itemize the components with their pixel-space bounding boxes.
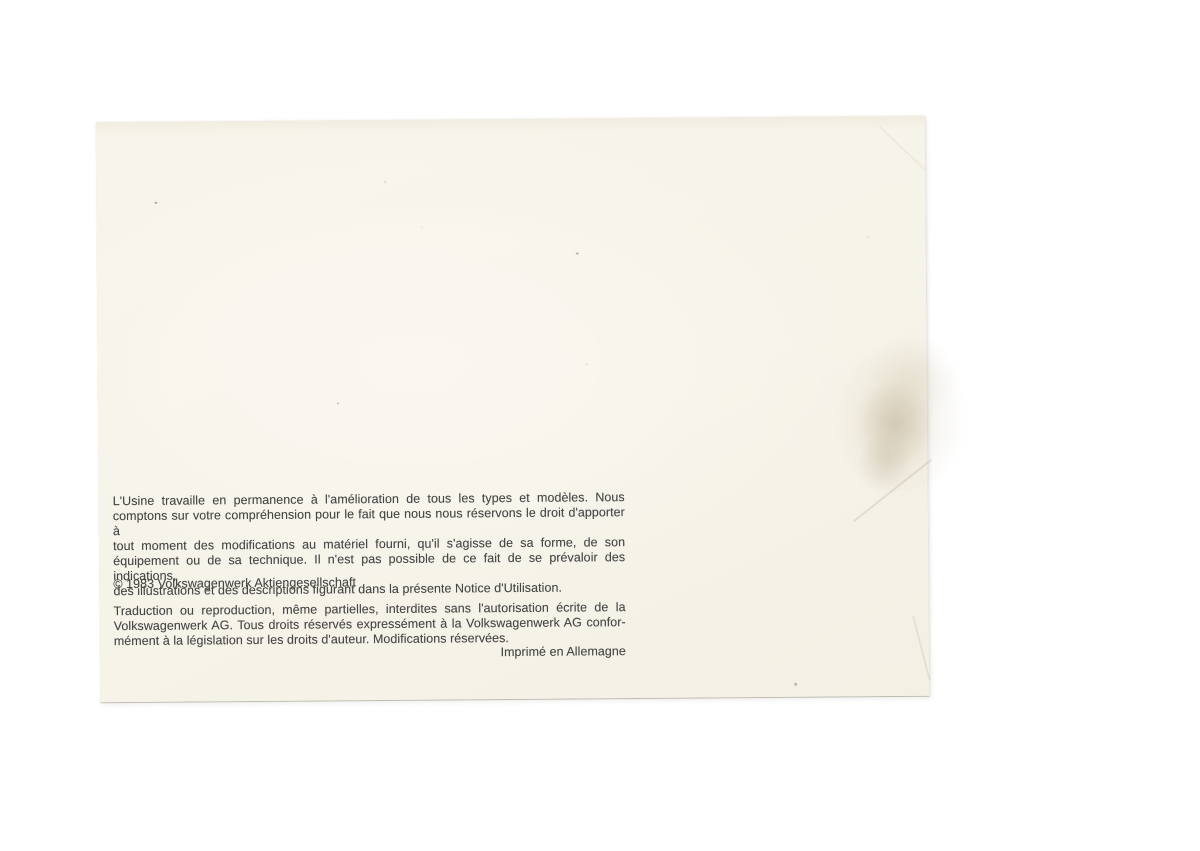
scanner-background: L'Usine travaille en permanence à l'amél… [0,0,1200,851]
rights-paragraph: Traduction ou reproduction, même partiel… [114,600,626,649]
paper-speck [337,402,339,404]
paper-crease [879,126,925,169]
paper-speck [576,252,579,254]
paper-speck [154,202,157,204]
paper-speck [794,683,797,686]
paper-speck [421,227,423,228]
colophon-text: L'Usine travaille en permanence à l'amél… [113,490,626,674]
paper-speck [867,236,869,238]
paper-speck [384,181,386,183]
paper-crease [913,616,930,680]
scanned-page: L'Usine travaille en permanence à l'amél… [96,116,930,702]
imprint-line: Imprimé en Allemagne [500,644,625,660]
text-line: comptons sur votre compréhension pour le… [113,505,625,539]
copyright-line: © 1983 Volkswagenwerk Aktiengesellschaft [113,575,356,592]
paper-stain [815,333,973,530]
paper-speck [586,363,588,365]
